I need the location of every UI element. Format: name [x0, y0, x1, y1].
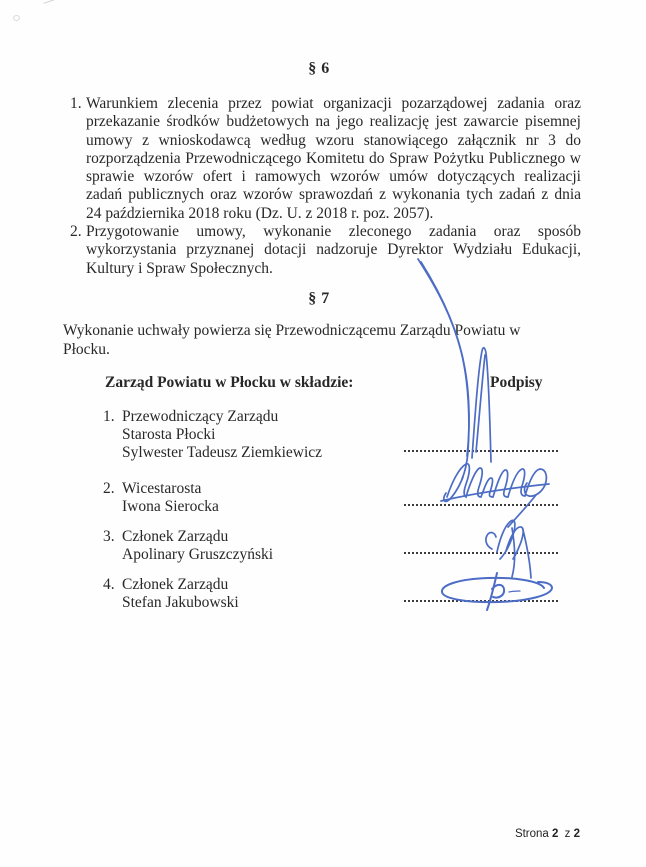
signatures-column-heading: Podpisy [490, 374, 543, 392]
pen-ink [418, 259, 552, 610]
list-item-number: 1. [70, 95, 82, 113]
body-text-line: Płocku. [63, 341, 543, 360]
body-text-line: sprawie wzorów ofert i ramowych wzorów u… [86, 168, 581, 186]
signature-dotted-line [404, 447, 558, 452]
board-member-entry: 1. Przewodniczący Zarządu Starosta Płock… [103, 408, 322, 461]
member-role: Przewodniczący Zarządu [122, 408, 322, 426]
body-text-line: Wykonanie uchwały powierza się Przewodni… [63, 322, 543, 341]
list-item: 2. Przygotowanie umowy, wykonanie zlecon… [70, 223, 581, 278]
scan-artifact [43, 0, 55, 9]
board-member-entry: 2. Wicestarosta Iwona Sierocka [103, 480, 219, 516]
list-item-number: 2. [70, 223, 82, 241]
body-text-line: wykorzystania przyznanej dotacji nadzoru… [86, 241, 581, 259]
member-name: Stefan Jakubowski [122, 594, 239, 612]
member-name: Apolinary Gruszczyński [122, 546, 273, 564]
footer-current-page: 2 [552, 828, 558, 840]
body-text-line: umowy z wnioskodawcą według wzoru stanow… [86, 132, 581, 150]
member-role: Członek Zarządu [122, 576, 239, 594]
board-member-entry: 3. Członek Zarządu Apolinary Gruszczyńsk… [103, 528, 273, 564]
body-text-line: Kultury i Spraw Społecznych. [86, 260, 581, 278]
body-text-line: rozporządzenia Przewodniczącego Komitetu… [86, 150, 581, 168]
section-6-body: 1. Warunkiem zlecenia przez powiat organ… [70, 95, 581, 278]
document-page: § 6 1. Warunkiem zlecenia przez powiat o… [0, 0, 646, 867]
member-role: Członek Zarządu [122, 528, 273, 546]
footer-label: Strona [515, 828, 549, 840]
footer-of-label: z [565, 828, 571, 840]
body-text-line: przekazanie środków budżetowych na jego … [86, 113, 581, 131]
signature-ink-iwona-sierocka [441, 464, 549, 527]
body-text-line: Przygotowanie umowy, wykonanie zleconego… [86, 223, 581, 241]
body-text-line: Warunkiem zlecenia przez powiat organiza… [86, 95, 581, 113]
body-text-line: zadań publicznych oraz wzorów sprawozdań… [86, 186, 581, 204]
list-item: 1. Warunkiem zlecenia przez powiat organ… [70, 95, 581, 223]
member-name: Iwona Sierocka [122, 498, 219, 516]
signature-dotted-line [404, 501, 558, 506]
member-number: 1. [103, 408, 115, 426]
member-name: Sylwester Tadeusz Ziemkiewicz [122, 444, 322, 462]
member-number: 2. [103, 480, 115, 498]
section-6-heading: § 6 [0, 60, 638, 78]
section-7-heading: § 7 [0, 290, 638, 308]
member-title: Starosta Płocki [122, 426, 322, 444]
footer-total-pages: 2 [574, 828, 580, 840]
board-member-entry: 4. Członek Zarządu Stefan Jakubowski [103, 576, 239, 612]
board-composition-heading: Zarząd Powiatu w Płocku w składzie: [105, 374, 353, 392]
member-role: Wicestarosta [122, 480, 219, 498]
signature-dotted-line [404, 549, 558, 554]
member-number: 4. [103, 576, 115, 594]
section-7-paragraph: Wykonanie uchwały powierza się Przewodni… [63, 322, 543, 359]
signature-dotted-line [404, 597, 558, 602]
member-number: 3. [103, 528, 115, 546]
signature-ink-stefan-jakubowski [442, 573, 552, 610]
page-number-footer: Strona 2 z 2 [515, 828, 580, 840]
body-text-line: 24 października 2018 roku (Dz. U. z 2018… [86, 205, 581, 223]
scan-artifact [13, 15, 20, 21]
